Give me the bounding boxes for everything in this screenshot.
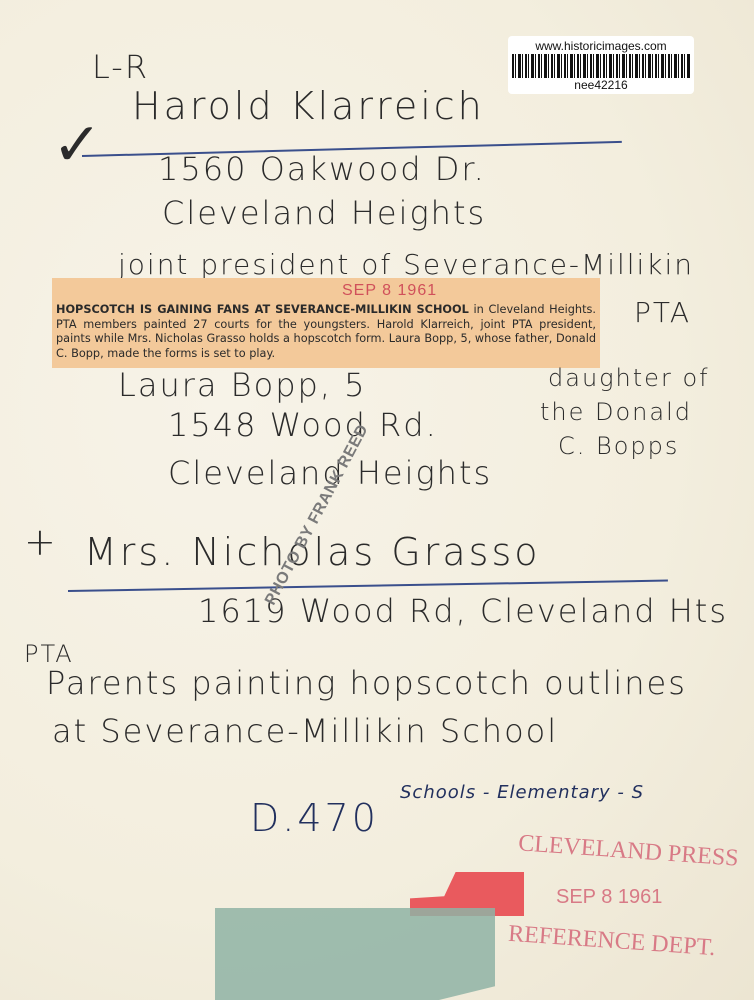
barcode-url: www.historicimages.com	[508, 39, 694, 53]
press-stamp-line1: CLEVELAND PRESS	[517, 830, 739, 872]
clipping-text: HOPSCOTCH IS GAINING FANS AT SEVERANCE-M…	[56, 303, 596, 361]
press-stamp-line3: REFERENCE DEPT.	[507, 921, 716, 962]
green-paper-remnant	[215, 908, 495, 1000]
handwritten-filing-number: D.470	[250, 796, 379, 840]
underline	[68, 580, 668, 592]
handwritten-name-laura: Laura Bopp, 5	[118, 366, 367, 404]
handwritten-city-1: Cleveland Heights	[162, 194, 486, 232]
clipping-headline: HOPSCOTCH IS GAINING FANS AT SEVERANCE-M…	[56, 303, 469, 316]
handwritten-address-1: 1560 Oakwood Dr.	[158, 150, 486, 188]
photo-back-page: www.historicimages.com nee42216 L-R ✓ Ha…	[0, 0, 754, 1000]
handwritten-cross-mark: +	[24, 520, 59, 564]
photo-credit-stamp: PHOTO BY FRANK REED	[262, 422, 373, 609]
handwritten-address-2: 1548 Wood Rd.	[168, 406, 438, 444]
barcode-id: nee42216	[508, 78, 694, 92]
barcode-label: www.historicimages.com nee42216	[508, 36, 694, 94]
clipping-date-stamp: SEP 8 1961	[342, 282, 437, 300]
newspaper-clipping: SEP 8 1961 HOPSCOTCH IS GAINING FANS AT …	[52, 278, 600, 368]
check-mark-icon: ✓	[52, 110, 105, 180]
handwritten-pta-1: PTA	[634, 296, 691, 329]
handwritten-caption-2: at Severance-Millikin School	[52, 712, 558, 750]
handwritten-role-1: joint president of Severance-Millikin	[118, 248, 694, 281]
handwritten-note-donald: the Donald	[540, 398, 692, 426]
handwritten-note-bopps: C. Bopps	[558, 432, 679, 460]
handwritten-caption-1: Parents painting hopscotch outlines	[46, 664, 687, 702]
barcode-icon	[512, 54, 690, 78]
handwritten-order: L-R	[92, 48, 149, 86]
handwritten-name-harold: Harold Klarreich	[132, 84, 485, 128]
handwritten-note-daughter: daughter of	[548, 364, 710, 392]
handwritten-category: Schools - Elementary - S	[400, 782, 644, 803]
press-stamp-date: SEP 8 1961	[556, 886, 662, 909]
